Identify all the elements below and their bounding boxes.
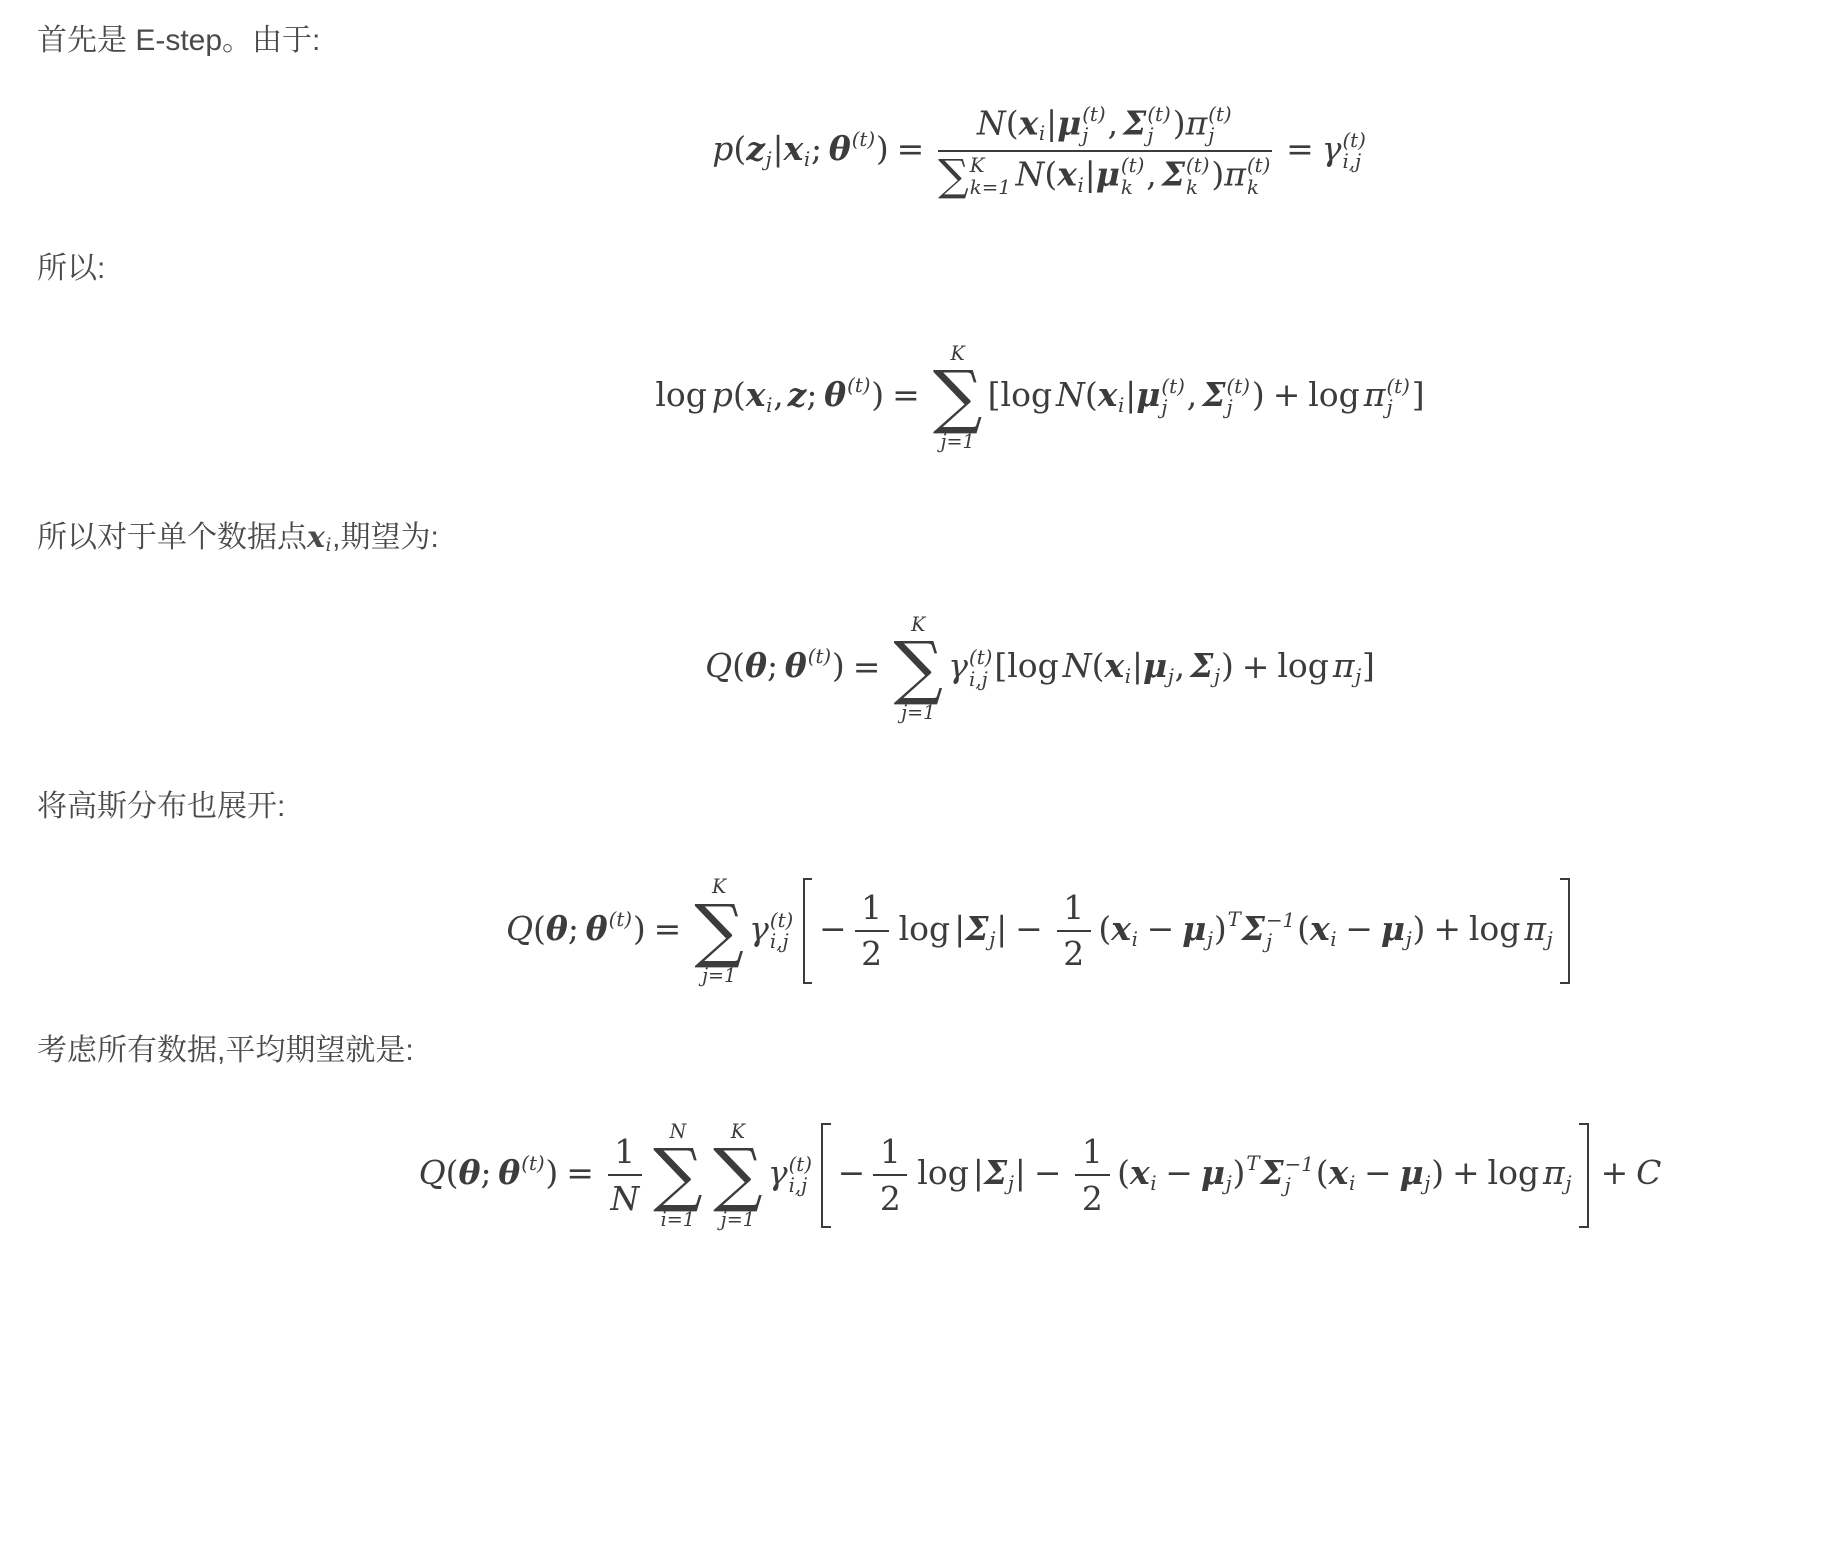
- math-symbol: =: [646, 909, 689, 948]
- math-symbol: x: [1329, 1153, 1349, 1192]
- math-subsup: Kk=1: [970, 155, 1011, 198]
- math-superscript: (t): [1186, 155, 1209, 176]
- math-subscript: j: [1355, 665, 1361, 688]
- math-sum-inline: ∑Kk=1: [938, 155, 1013, 198]
- math-symbol: −: [1157, 1153, 1200, 1192]
- math-sum-operator: K∑j=1: [933, 340, 982, 454]
- math-subscript: k=1: [970, 177, 1011, 198]
- math-subscript: k: [1186, 177, 1198, 198]
- math-symbol: N: [1016, 155, 1045, 194]
- fraction-denominator: ∑Kk=1N(xi|μ(t)k,Σ(t)k)π(t)k: [938, 152, 1272, 198]
- math-symbol: θ: [745, 647, 767, 686]
- fraction-denominator: 2: [1057, 932, 1091, 973]
- sum-glyph: ∑: [653, 1144, 702, 1206]
- math-symbol: ): [876, 129, 889, 168]
- math-subscript: i: [1150, 1172, 1156, 1195]
- math-subscript: i: [1125, 665, 1131, 688]
- math-symbol: θ: [459, 1153, 481, 1192]
- paragraph-expand-gaussian: 将高斯分布也展开:: [37, 786, 1840, 828]
- math-symbol: −: [1007, 909, 1050, 948]
- fraction-denominator: 2: [855, 932, 889, 973]
- math-symbol: (: [732, 647, 745, 686]
- math-symbol: Q: [419, 1153, 446, 1192]
- math-symbol: N: [1063, 647, 1092, 686]
- math-symbol: ): [1211, 155, 1224, 194]
- math-symbol: ;: [568, 909, 579, 948]
- math-symbol: 1: [861, 888, 882, 927]
- math-symbol: −: [1139, 909, 1182, 948]
- math-symbol: +: [1593, 1153, 1636, 1192]
- fraction-numerator: 1: [1057, 889, 1091, 932]
- math-bracket-group: −12log|Σj|−12(xi−μj)TΣ−1j(xi−μj)+logπj: [821, 1123, 1589, 1229]
- math-subscript: i: [766, 394, 772, 417]
- math-symbol: +: [1425, 909, 1468, 948]
- math-symbol: [: [988, 375, 1001, 414]
- math-symbol: log: [899, 909, 951, 948]
- equation-q-average: Q(θ;θ(t))=1NN∑i=1K∑j=1γ(t)i,j−12log|Σj|−…: [0, 1118, 1840, 1232]
- math-fraction: 12: [1075, 1133, 1109, 1217]
- right-bracket: [1560, 878, 1570, 984]
- sum-glyph: ∑: [933, 366, 982, 428]
- math-superscript: K: [970, 155, 985, 176]
- math-display: p(zj|xi;θ(t))=N(xi|μ(t)j,Σ(t)j)π(t)j∑Kk=…: [0, 104, 1840, 198]
- math-symbol: |: [772, 129, 783, 168]
- fraction-numerator: 1: [855, 889, 889, 932]
- math-symbol: (: [733, 129, 746, 168]
- math-superscript: (t): [808, 645, 831, 668]
- math-symbol: |: [1125, 375, 1136, 414]
- math-symbol: z: [746, 129, 765, 168]
- math-symbol: ;: [481, 1153, 492, 1192]
- math-subsup: (t)k: [1186, 155, 1209, 198]
- math-symbol: ,: [773, 375, 784, 414]
- math-subscript: i: [1039, 122, 1045, 145]
- math-symbol: log: [917, 1153, 969, 1192]
- math-fraction: N(xi|μ(t)j,Σ(t)j)π(t)j∑Kk=1N(xi|μ(t)k,Σ(…: [938, 104, 1272, 198]
- math-subsup: (t)j: [1147, 104, 1170, 147]
- math-subscript: i,j: [770, 931, 789, 952]
- math-subsup: (t)i,j: [770, 910, 793, 953]
- math-superscript: (t): [847, 374, 870, 397]
- math-symbol: ,: [1146, 155, 1157, 194]
- math-superscript: (t): [770, 910, 793, 931]
- math-symbol: γ: [768, 1153, 788, 1192]
- math-symbol: π: [1333, 647, 1355, 686]
- math-symbol: Q: [705, 647, 732, 686]
- fraction-denominator: 2: [1075, 1176, 1109, 1217]
- math-symbol: N: [977, 103, 1006, 142]
- math-display: Q(θ;θ(t))=K∑j=1γ(t)i,j−12log|Σj|−12(xi−μ…: [0, 874, 1840, 988]
- math-subsup: −1j: [1285, 1154, 1314, 1197]
- math-symbol: θ: [829, 129, 851, 168]
- math-symbol: log: [1488, 1153, 1540, 1192]
- math-symbol: |: [973, 1153, 984, 1192]
- math-symbol: =: [1278, 129, 1321, 168]
- math-symbol: ;: [806, 375, 817, 414]
- math-symbol: Σ: [965, 909, 988, 948]
- math-symbol: γ: [948, 647, 968, 686]
- math-superscript: (t): [969, 647, 992, 668]
- math-subscript: j: [1082, 125, 1088, 146]
- sum-lower-limit: j=1: [941, 432, 975, 451]
- fraction-denominator: N: [608, 1176, 642, 1217]
- math-subscript: j: [1266, 931, 1272, 952]
- math-subscript: j: [1168, 665, 1174, 688]
- math-symbol: ): [1173, 103, 1186, 142]
- math-symbol: (: [733, 375, 746, 414]
- math-symbol: ): [633, 909, 646, 948]
- math-subscript: j: [1406, 928, 1412, 951]
- math-subsup: (t)j: [1208, 104, 1231, 147]
- math-superscript: (t): [609, 908, 632, 931]
- math-superscript: (t): [1147, 104, 1170, 125]
- fraction-numerator: 1: [608, 1133, 642, 1176]
- math-symbol: θ: [586, 909, 608, 948]
- math-symbol: (: [1044, 155, 1057, 194]
- math-symbol: (: [1117, 1153, 1130, 1192]
- math-symbol: z: [788, 375, 807, 414]
- math-superscript: (t): [1161, 376, 1184, 397]
- math-symbol: =: [889, 129, 932, 168]
- bracket-content: −12log|Σj|−12(xi−μj)TΣ−1j(xi−μj)+logπj: [816, 878, 1557, 984]
- math-symbol: N: [1056, 375, 1085, 414]
- math-subsup: (t)k: [1121, 155, 1144, 198]
- math-superscript: (t): [852, 128, 875, 151]
- math-symbol: ,: [1187, 375, 1198, 414]
- math-symbol: θ: [498, 1153, 520, 1192]
- math-symbol: θ: [824, 375, 846, 414]
- math-symbol: (: [446, 1153, 459, 1192]
- math-subscript: j: [1161, 397, 1167, 418]
- math-symbol: 1: [1063, 888, 1084, 927]
- math-sum-operator: K∑j=1: [694, 874, 743, 988]
- sum-glyph: ∑: [713, 1144, 762, 1206]
- math-symbol: 1: [880, 1132, 901, 1171]
- math-symbol: Σ: [1260, 1153, 1283, 1192]
- math-subsup: (t)j: [1161, 376, 1184, 419]
- math-symbol: =: [845, 647, 888, 686]
- math-symbol: ): [832, 647, 845, 686]
- math-sum-operator: N∑i=1: [653, 1118, 702, 1232]
- sum-lower-limit: j=1: [901, 703, 935, 722]
- fraction-denominator: 2: [873, 1176, 907, 1217]
- math-fraction: 12: [1057, 889, 1091, 973]
- math-symbol: μ: [1136, 375, 1160, 414]
- math-subsup: (t)i,j: [969, 647, 992, 690]
- math-subscript: j: [1424, 1172, 1430, 1195]
- math-subscript: i: [804, 148, 810, 171]
- math-symbol: |: [996, 909, 1007, 948]
- math-subsup: (t)j: [1386, 376, 1409, 419]
- math-symbol: 2: [1063, 934, 1084, 973]
- math-subscript: i: [1132, 928, 1138, 951]
- equation-q-expanded: Q(θ;θ(t))=K∑j=1γ(t)i,j−12log|Σj|−12(xi−μ…: [0, 874, 1840, 988]
- math-symbol: μ: [1201, 1153, 1225, 1192]
- math-symbol: 2: [861, 934, 882, 973]
- math-symbol: |: [954, 909, 965, 948]
- math-bracket-group: −12log|Σj|−12(xi−μj)TΣ−1j(xi−μj)+logπj: [803, 878, 1571, 984]
- sum-lower-limit: j=1: [721, 1210, 755, 1229]
- math-symbol: [: [994, 647, 1007, 686]
- math-symbol: +: [1234, 647, 1277, 686]
- math-superscript: (t): [789, 1154, 812, 1175]
- math-subscript: k: [1121, 177, 1133, 198]
- equation-complete-log-likelihood: logp(xi,z;θ(t))=K∑j=1[logN(xi|μ(t)j,Σ(t)…: [0, 340, 1840, 454]
- math-symbol: x: [1057, 155, 1077, 194]
- math-symbol: C: [1636, 1153, 1661, 1192]
- math-subscript: j: [1207, 928, 1213, 951]
- math-symbol: π: [1224, 155, 1246, 194]
- math-symbol: ): [1252, 375, 1265, 414]
- math-subsup: (t)i,j: [789, 1154, 812, 1197]
- math-symbol: μ: [1400, 1153, 1424, 1192]
- sum-lower-limit: j=1: [702, 966, 736, 985]
- math-subscript: i: [1078, 174, 1084, 197]
- math-symbol: ): [1232, 1153, 1245, 1192]
- paragraph-text: ,期望为:: [332, 521, 439, 554]
- math-symbol: ): [1221, 647, 1234, 686]
- math-fraction: 1N: [608, 1133, 642, 1217]
- math-sum-operator: K∑j=1: [713, 1118, 762, 1232]
- math-symbol: −: [1337, 909, 1380, 948]
- math-symbol: 2: [1082, 1179, 1103, 1218]
- math-symbol: x: [784, 129, 804, 168]
- math-superscript: −1: [1285, 1154, 1314, 1175]
- math-symbol: ,: [1108, 103, 1119, 142]
- math-symbol: N: [610, 1179, 639, 1218]
- math-symbol: −: [1356, 1153, 1399, 1192]
- math-fraction: 12: [855, 889, 889, 973]
- sum-glyph: ∑: [938, 155, 969, 198]
- fraction-numerator: N(xi|μ(t)j,Σ(t)j)π(t)j: [938, 104, 1272, 152]
- math-subscript: j: [766, 148, 772, 171]
- paragraph-text: 所以对于单个数据点: [37, 521, 307, 554]
- math-symbol: Σ: [984, 1153, 1007, 1192]
- math-subscript: j: [1147, 125, 1153, 146]
- inline-math-x-i: xi: [307, 520, 332, 555]
- paragraph-so: 所以:: [37, 248, 1840, 290]
- math-symbol: ): [1431, 1153, 1444, 1192]
- math-symbol: −: [838, 1153, 868, 1192]
- math-subsup: (t)k: [1247, 155, 1270, 198]
- math-superscript: (t): [1208, 104, 1231, 125]
- math-symbol: (: [533, 909, 546, 948]
- math-subscript: j: [1227, 397, 1233, 418]
- math-subscript: j: [1547, 928, 1553, 951]
- fraction-numerator: 1: [1075, 1133, 1109, 1176]
- math-symbol: ]: [1362, 647, 1375, 686]
- math-fraction: 12: [873, 1133, 907, 1217]
- math-symbol: ;: [811, 129, 822, 168]
- left-bracket: [821, 1123, 831, 1229]
- math-symbol: x: [746, 375, 766, 414]
- math-symbol: log: [1469, 909, 1521, 948]
- equation-posterior-responsibility: p(zj|xi;θ(t))=N(xi|μ(t)j,Σ(t)j)π(t)j∑Kk=…: [0, 104, 1840, 198]
- math-superscript: (t): [1227, 376, 1250, 397]
- math-symbol: ): [1413, 909, 1426, 948]
- math-symbol: x: [1098, 375, 1118, 414]
- math-subscript: j: [1214, 665, 1220, 688]
- math-symbol: =: [884, 375, 927, 414]
- math-superscript: (t): [1342, 130, 1365, 151]
- math-symbol: −: [1026, 1153, 1069, 1192]
- math-symbol: μ: [1381, 909, 1405, 948]
- math-symbol: x: [1310, 909, 1330, 948]
- math-symbol: −: [819, 909, 849, 948]
- math-symbol: ,: [1175, 647, 1186, 686]
- math-symbol: Σ: [1162, 155, 1185, 194]
- math-superscript: (t): [1082, 104, 1105, 125]
- math-symbol: log: [1308, 375, 1360, 414]
- math-symbol: =: [558, 1153, 601, 1192]
- math-symbol: μ: [1057, 103, 1081, 142]
- math-superscript: (t): [1386, 376, 1409, 397]
- math-symbol: +: [1265, 375, 1308, 414]
- math-subscript: i: [1349, 1172, 1355, 1195]
- paragraph-single-datapoint: 所以对于单个数据点xi,期望为:: [37, 517, 1840, 560]
- math-symbol: (: [1092, 647, 1105, 686]
- math-symbol: (: [1297, 909, 1310, 948]
- math-subscript: i,j: [789, 1175, 808, 1196]
- math-symbol: π: [1186, 103, 1208, 142]
- math-symbol: (: [1006, 103, 1019, 142]
- equation-q-single-point: Q(θ;θ(t))=K∑j=1γ(t)i,j[logN(xi|μj,Σj)+lo…: [0, 611, 1840, 725]
- math-superscript: T: [1246, 1152, 1259, 1175]
- sum-lower-limit: i=1: [661, 1210, 695, 1229]
- paragraph-all-data: 考虑所有数据,平均期望就是:: [37, 1030, 1840, 1072]
- math-sum-operator: K∑j=1: [894, 611, 943, 725]
- math-superscript: (t): [521, 1152, 544, 1175]
- math-symbol: Q: [506, 909, 533, 948]
- math-symbol: γ: [1322, 129, 1342, 168]
- math-subscript: i: [1118, 394, 1124, 417]
- math-symbol: x: [1111, 909, 1131, 948]
- math-symbol: μ: [1143, 647, 1167, 686]
- math-symbol: π: [1543, 1153, 1565, 1192]
- math-symbol: 1: [1082, 1132, 1103, 1171]
- sum-glyph: ∑: [894, 637, 943, 699]
- math-symbol: x: [1019, 103, 1039, 142]
- math-subscript: k: [1247, 177, 1259, 198]
- math-symbol: x: [1130, 1153, 1150, 1192]
- math-subscript: i,j: [1342, 151, 1361, 172]
- math-superscript: (t): [1247, 155, 1270, 176]
- math-symbol: +: [1444, 1153, 1487, 1192]
- math-subscript: i: [1330, 928, 1336, 951]
- math-symbol: p: [712, 129, 733, 168]
- math-symbol: μ: [1096, 155, 1120, 194]
- math-subsup: (t)i,j: [1342, 130, 1365, 173]
- math-symbol: |: [1015, 1153, 1026, 1192]
- fraction-numerator: 1: [873, 1133, 907, 1176]
- math-symbol: ): [545, 1153, 558, 1192]
- math-symbol: μ: [1182, 909, 1206, 948]
- bracket-content: −12log|Σj|−12(xi−μj)TΣ−1j(xi−μj)+logπj: [834, 1123, 1575, 1229]
- math-symbol: θ: [785, 647, 807, 686]
- math-subsup: (t)j: [1227, 376, 1250, 419]
- math-symbol: x: [307, 520, 325, 555]
- math-symbol: 1: [614, 1132, 635, 1171]
- math-symbol: (: [1316, 1153, 1329, 1192]
- math-symbol: (: [1098, 909, 1111, 948]
- math-subscript: j: [1386, 397, 1392, 418]
- math-subscript: j: [989, 928, 995, 951]
- math-symbol: 2: [880, 1179, 901, 1218]
- math-display: logp(xi,z;θ(t))=K∑j=1[logN(xi|μ(t)j,Σ(t)…: [0, 340, 1840, 454]
- math-symbol: x: [1104, 647, 1124, 686]
- math-symbol: |: [1132, 647, 1143, 686]
- math-symbol: ;: [767, 647, 778, 686]
- math-symbol: log: [1007, 647, 1059, 686]
- math-symbol: |: [1046, 103, 1057, 142]
- sum-glyph: ∑: [694, 900, 743, 962]
- math-subscript: j: [1565, 1172, 1571, 1195]
- math-superscript: −1: [1266, 910, 1295, 931]
- math-subsup: (t)j: [1082, 104, 1105, 147]
- math-superscript: T: [1228, 908, 1241, 931]
- math-symbol: Σ: [1123, 103, 1146, 142]
- math-subscript: j: [1226, 1172, 1232, 1195]
- math-symbol: ): [871, 375, 884, 414]
- math-symbol: log: [1001, 375, 1053, 414]
- math-subscript: i: [325, 535, 331, 556]
- math-subscript: j: [1208, 125, 1214, 146]
- math-display: Q(θ;θ(t))=K∑j=1γ(t)i,j[logN(xi|μj,Σj)+lo…: [0, 611, 1840, 725]
- math-symbol: p: [712, 375, 733, 414]
- math-symbol: ]: [1412, 375, 1425, 414]
- right-bracket: [1579, 1123, 1589, 1229]
- math-symbol: Σ: [1242, 909, 1265, 948]
- math-symbol: log: [1277, 647, 1329, 686]
- math-subscript: i,j: [969, 669, 988, 690]
- math-symbol: (: [1085, 375, 1098, 414]
- math-symbol: log: [655, 375, 707, 414]
- math-subsup: −1j: [1266, 910, 1295, 953]
- math-subscript: j: [1285, 1175, 1291, 1196]
- article: 首先是 E-step。由于: p(zj|xi;θ(t))=N(xi|μ(t)j,…: [0, 0, 1840, 1232]
- math-symbol: |: [1085, 155, 1096, 194]
- math-subscript: j: [1008, 1172, 1014, 1195]
- math-superscript: (t): [1121, 155, 1144, 176]
- math-symbol: Σ: [1190, 647, 1213, 686]
- math-symbol: θ: [546, 909, 568, 948]
- math-display: Q(θ;θ(t))=1NN∑i=1K∑j=1γ(t)i,j−12log|Σj|−…: [0, 1118, 1840, 1232]
- paragraph-estep-intro: 首先是 E-step。由于:: [37, 20, 1840, 62]
- math-symbol: ): [1214, 909, 1227, 948]
- math-symbol: π: [1524, 909, 1546, 948]
- math-symbol: Σ: [1202, 375, 1225, 414]
- left-bracket: [803, 878, 813, 984]
- math-symbol: π: [1364, 375, 1386, 414]
- math-symbol: γ: [749, 909, 769, 948]
